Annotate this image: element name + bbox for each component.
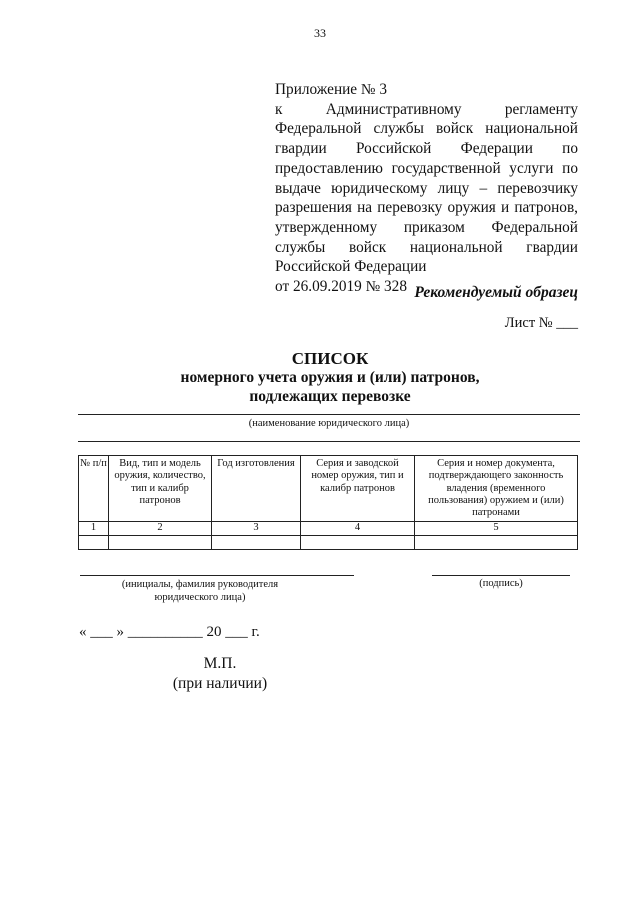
appendix-line: утвержденному приказом Федеральной <box>275 218 578 238</box>
header-cell-serial: Серия и заводской номер оружия, тип и ка… <box>301 456 415 522</box>
header-cell-document: Серия и номер документа, подтверждающего… <box>415 456 578 522</box>
appendix-block: Приложение № 3 к Административному регла… <box>275 80 578 297</box>
header-cell-year: Год изготовления <box>212 456 301 522</box>
table-cell: 2 <box>109 522 212 536</box>
table-cell-empty[interactable] <box>301 536 415 550</box>
table-cell: 3 <box>212 522 301 536</box>
table-cell-empty[interactable] <box>79 536 109 550</box>
signature-line[interactable] <box>432 575 570 576</box>
table-header-row: № п/п Вид, тип и модель оружия, количест… <box>79 456 578 522</box>
legal-entity-name-line[interactable] <box>78 414 580 415</box>
header-cell-type: Вид, тип и модель оружия, количество, ти… <box>109 456 212 522</box>
legal-entity-caption: (наименование юридического лица) <box>78 418 580 429</box>
appendix-line: предоставлению государственной услуги по <box>275 159 578 179</box>
table-cell-empty[interactable] <box>415 536 578 550</box>
sheet-number-label: Лист № ___ <box>420 315 578 332</box>
appendix-line: службы войск национальной гвардии <box>275 238 578 258</box>
stamp-note: (при наличии) <box>120 675 320 693</box>
date-line[interactable]: « ___ » __________ 20 ___ г. <box>79 624 260 641</box>
head-name-caption-line: (инициалы, фамилия руководителя <box>80 578 320 591</box>
table-cell-empty[interactable] <box>212 536 301 550</box>
legal-entity-name-line-2[interactable] <box>78 441 580 442</box>
appendix-line: гвардии Российской Федерации по <box>275 139 578 159</box>
table-cell: 4 <box>301 522 415 536</box>
table-row[interactable] <box>79 536 578 550</box>
document-subtitle: подлежащих перевозке <box>60 388 600 406</box>
head-name-caption: (инициалы, фамилия руководителя юридичес… <box>80 578 320 604</box>
stamp-label: М.П. <box>120 655 320 673</box>
appendix-line: разрешения на перевозку оружия и патроно… <box>275 198 578 218</box>
appendix-line: Федеральной службы войск национальной <box>275 119 578 139</box>
appendix-line: выдаче юридическому лицу – перевозчику <box>275 179 578 199</box>
document-title: СПИСОК <box>60 349 600 369</box>
head-name-line[interactable] <box>80 575 354 576</box>
appendix-line: Приложение № 3 <box>275 80 578 100</box>
document-subtitle: номерного учета оружия и (или) патронов, <box>60 369 600 387</box>
signature-caption: (подпись) <box>432 578 570 589</box>
table-cell-empty[interactable] <box>109 536 212 550</box>
header-cell-number: № п/п <box>79 456 109 522</box>
appendix-line: Российской Федерации <box>275 257 578 277</box>
head-name-caption-line: юридического лица) <box>80 591 320 604</box>
table-cell: 1 <box>79 522 109 536</box>
page-number: 33 <box>0 26 640 41</box>
table-cell: 5 <box>415 522 578 536</box>
recommended-sample-label: Рекомендуемый образец <box>400 284 578 302</box>
appendix-line: к Административному регламенту <box>275 100 578 120</box>
weapons-table: № п/п Вид, тип и модель оружия, количест… <box>78 455 578 550</box>
table-row-numbers: 1 2 3 4 5 <box>79 522 578 536</box>
